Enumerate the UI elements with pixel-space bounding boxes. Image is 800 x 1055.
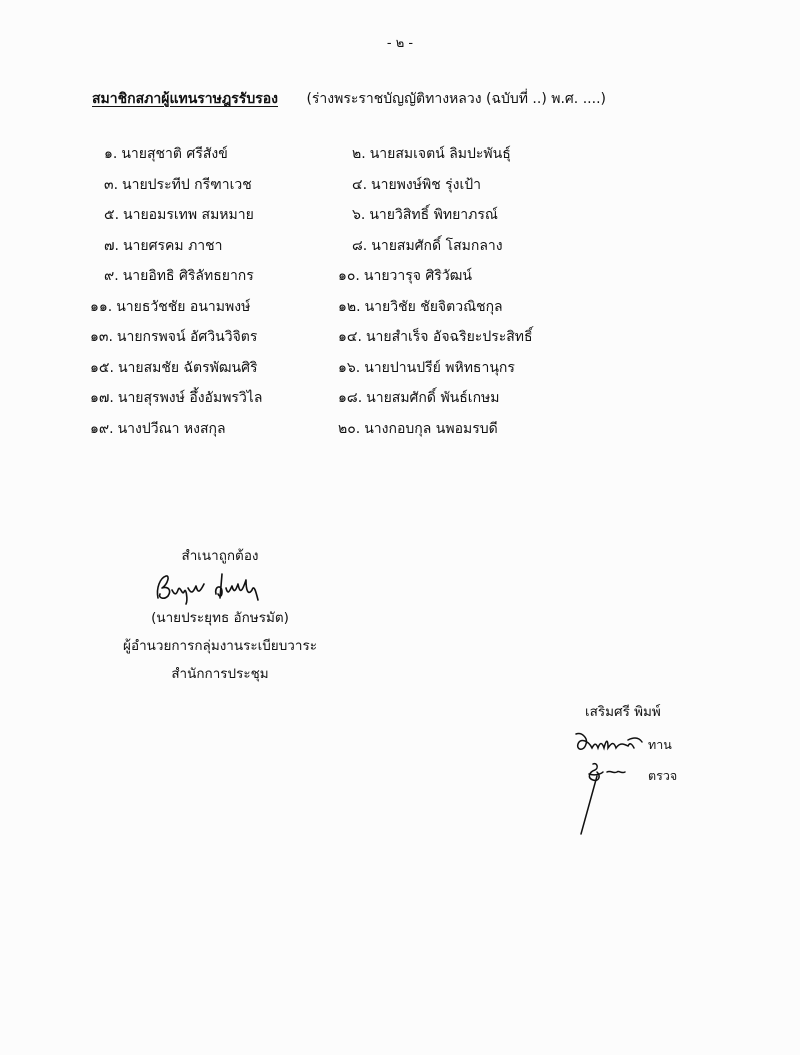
member-name: นายสมศักดิ์ โสมกลาง bbox=[371, 238, 502, 254]
member-name: นายสำเร็จ อัจฉริยะประสิทธิ์ bbox=[366, 329, 533, 345]
member-number: ๓. bbox=[104, 177, 118, 193]
member-number: ๘. bbox=[352, 238, 367, 254]
heading-subtitle: (ร่างพระราชบัญญัติทางหลวง (ฉบับที่ ..) พ… bbox=[306, 88, 606, 110]
member-name: นายวารุจ ศิริวัฒน์ bbox=[364, 268, 472, 284]
role-checked-label: ตรวจ bbox=[648, 766, 677, 786]
member-number: ๖. bbox=[352, 207, 365, 223]
signatory-position: ผู้อำนวยการกลุ่มงานระเบียบวาระ bbox=[100, 632, 340, 660]
signatory-office: สำนักการประชุม bbox=[100, 660, 340, 688]
member-name: นายสุชาติ ศรีสังข์ bbox=[121, 146, 227, 162]
member-number: ๑๑. bbox=[90, 299, 112, 315]
heading-title: สมาชิกสภาผู้แทนราษฎรรับรอง bbox=[92, 88, 278, 110]
member-number: ๑๔. bbox=[338, 329, 362, 345]
signature-icon bbox=[100, 570, 340, 604]
member-number: ๑๗. bbox=[90, 390, 114, 406]
typist-name: เสริมศรี พิมพ์ bbox=[585, 700, 661, 722]
member-list-item: ๙.นายอิทธิ ศิริลัทธยากร bbox=[104, 267, 254, 285]
member-list-item: ๑๙.นางปวีณา หงสกุล bbox=[90, 420, 226, 438]
member-name: นายศรคม ภาชา bbox=[123, 238, 223, 254]
member-number: ๑๕. bbox=[90, 360, 114, 376]
member-name: นายอมรเทพ สมหมาย bbox=[123, 207, 254, 223]
page-number: - ๒ - bbox=[0, 32, 800, 53]
member-number: ๙. bbox=[104, 268, 119, 284]
member-list-item: ๑๖.นายปานปรีย์ พหิทธานุกร bbox=[338, 359, 515, 377]
member-list-item: ๒.นายสมเจตน์ ลิมปะพันธุ์ bbox=[352, 145, 511, 163]
member-number: ๑๘. bbox=[338, 390, 362, 406]
member-list-item: ๖.นายวิสิทธิ์ พิทยาภรณ์ bbox=[352, 206, 498, 224]
member-name: นายธวัชชัย อนามพงษ์ bbox=[116, 299, 250, 315]
signatory-name: (นายประยุทธ อักษรมัต) bbox=[100, 604, 340, 632]
member-list-item: ๑๘.นายสมศักดิ์ พันธ์เกษม bbox=[338, 389, 500, 407]
member-list-item: ๑๐.นายวารุจ ศิริวัฒน์ bbox=[338, 267, 472, 285]
member-number: ๒๐. bbox=[338, 421, 360, 437]
certification-block: สำเนาถูกต้อง (นายประยุทธ อักษรมัต) ผู้อำ… bbox=[100, 542, 340, 688]
member-number: ๕. bbox=[104, 207, 119, 223]
member-name: นายวิสิทธิ์ พิทยาภรณ์ bbox=[369, 207, 498, 223]
member-name: นายประทีป กรีฑาเวช bbox=[122, 177, 252, 193]
member-number: ๒. bbox=[352, 146, 366, 162]
member-number: ๑. bbox=[104, 146, 117, 162]
member-name: นายปานปรีย์ พหิทธานุกร bbox=[364, 360, 515, 376]
document-heading: สมาชิกสภาผู้แทนราษฎรรับรอง (ร่างพระราชบั… bbox=[92, 88, 606, 110]
member-number: ๗. bbox=[104, 238, 119, 254]
member-number: ๑๓. bbox=[90, 329, 113, 345]
member-list-item: ๔.นายพงษ์พิช รุ่งเป้า bbox=[352, 176, 481, 194]
member-list-item: ๘.นายสมศักดิ์ โสมกลาง bbox=[352, 237, 503, 255]
member-list-item: ๑๗.นายสุรพงษ์ อึ้งอัมพรวิไล bbox=[90, 389, 262, 407]
member-list-item: ๑๑.นายธวัชชัย อนามพงษ์ bbox=[90, 298, 250, 316]
member-name: นายอิทธิ ศิริลัทธยากร bbox=[123, 268, 254, 284]
member-name: นายกรพจน์ อัศวินวิจิตร bbox=[117, 329, 258, 345]
member-number: ๑๖. bbox=[338, 360, 360, 376]
member-list-item: ๕.นายอมรเทพ สมหมาย bbox=[104, 206, 254, 224]
certified-copy-label: สำเนาถูกต้อง bbox=[100, 542, 340, 570]
member-list-item: ๗.นายศรคม ภาชา bbox=[104, 237, 223, 255]
member-name: นายสมศักดิ์ พันธ์เกษม bbox=[366, 390, 499, 406]
member-list-item: ๑๕.นายสมชัย ฉัตรพัฒนศิริ bbox=[90, 359, 258, 377]
member-name: นางกอบกุล นพอมรบดี bbox=[364, 421, 497, 437]
member-list-item: ๑๔.นายสำเร็จ อัจฉริยะประสิทธิ์ bbox=[338, 328, 533, 346]
member-name: นางปวีณา หงสกุล bbox=[118, 421, 226, 437]
member-list-item: ๑๓.นายกรพจน์ อัศวินวิจิตร bbox=[90, 328, 257, 346]
checker-signature-icon bbox=[575, 758, 645, 838]
member-name: นายสุรพงษ์ อึ้งอัมพรวิไล bbox=[118, 390, 263, 406]
member-name: นายพงษ์พิช รุ่งเป้า bbox=[371, 177, 481, 193]
member-list-item: ๑.นายสุชาติ ศรีสังข์ bbox=[104, 145, 228, 163]
member-number: ๑๒. bbox=[338, 299, 361, 315]
member-number: ๔. bbox=[352, 177, 367, 193]
member-list-item: ๓.นายประทีป กรีฑาเวช bbox=[104, 176, 252, 194]
member-name: นายสมชัย ฉัตรพัฒนศิริ bbox=[118, 360, 258, 376]
role-typed-label: ทาน bbox=[648, 735, 672, 755]
member-list-item: ๒๐.นางกอบกุล นพอมรบดี bbox=[338, 420, 498, 438]
member-number: ๑๐. bbox=[338, 268, 360, 284]
member-name: นายวิชัย ชัยจิตวณิชกุล bbox=[365, 299, 503, 315]
member-name: นายสมเจตน์ ลิมปะพันธุ์ bbox=[370, 146, 511, 162]
member-list-item: ๑๒.นายวิชัย ชัยจิตวณิชกุล bbox=[338, 298, 503, 316]
member-number: ๑๙. bbox=[90, 421, 114, 437]
